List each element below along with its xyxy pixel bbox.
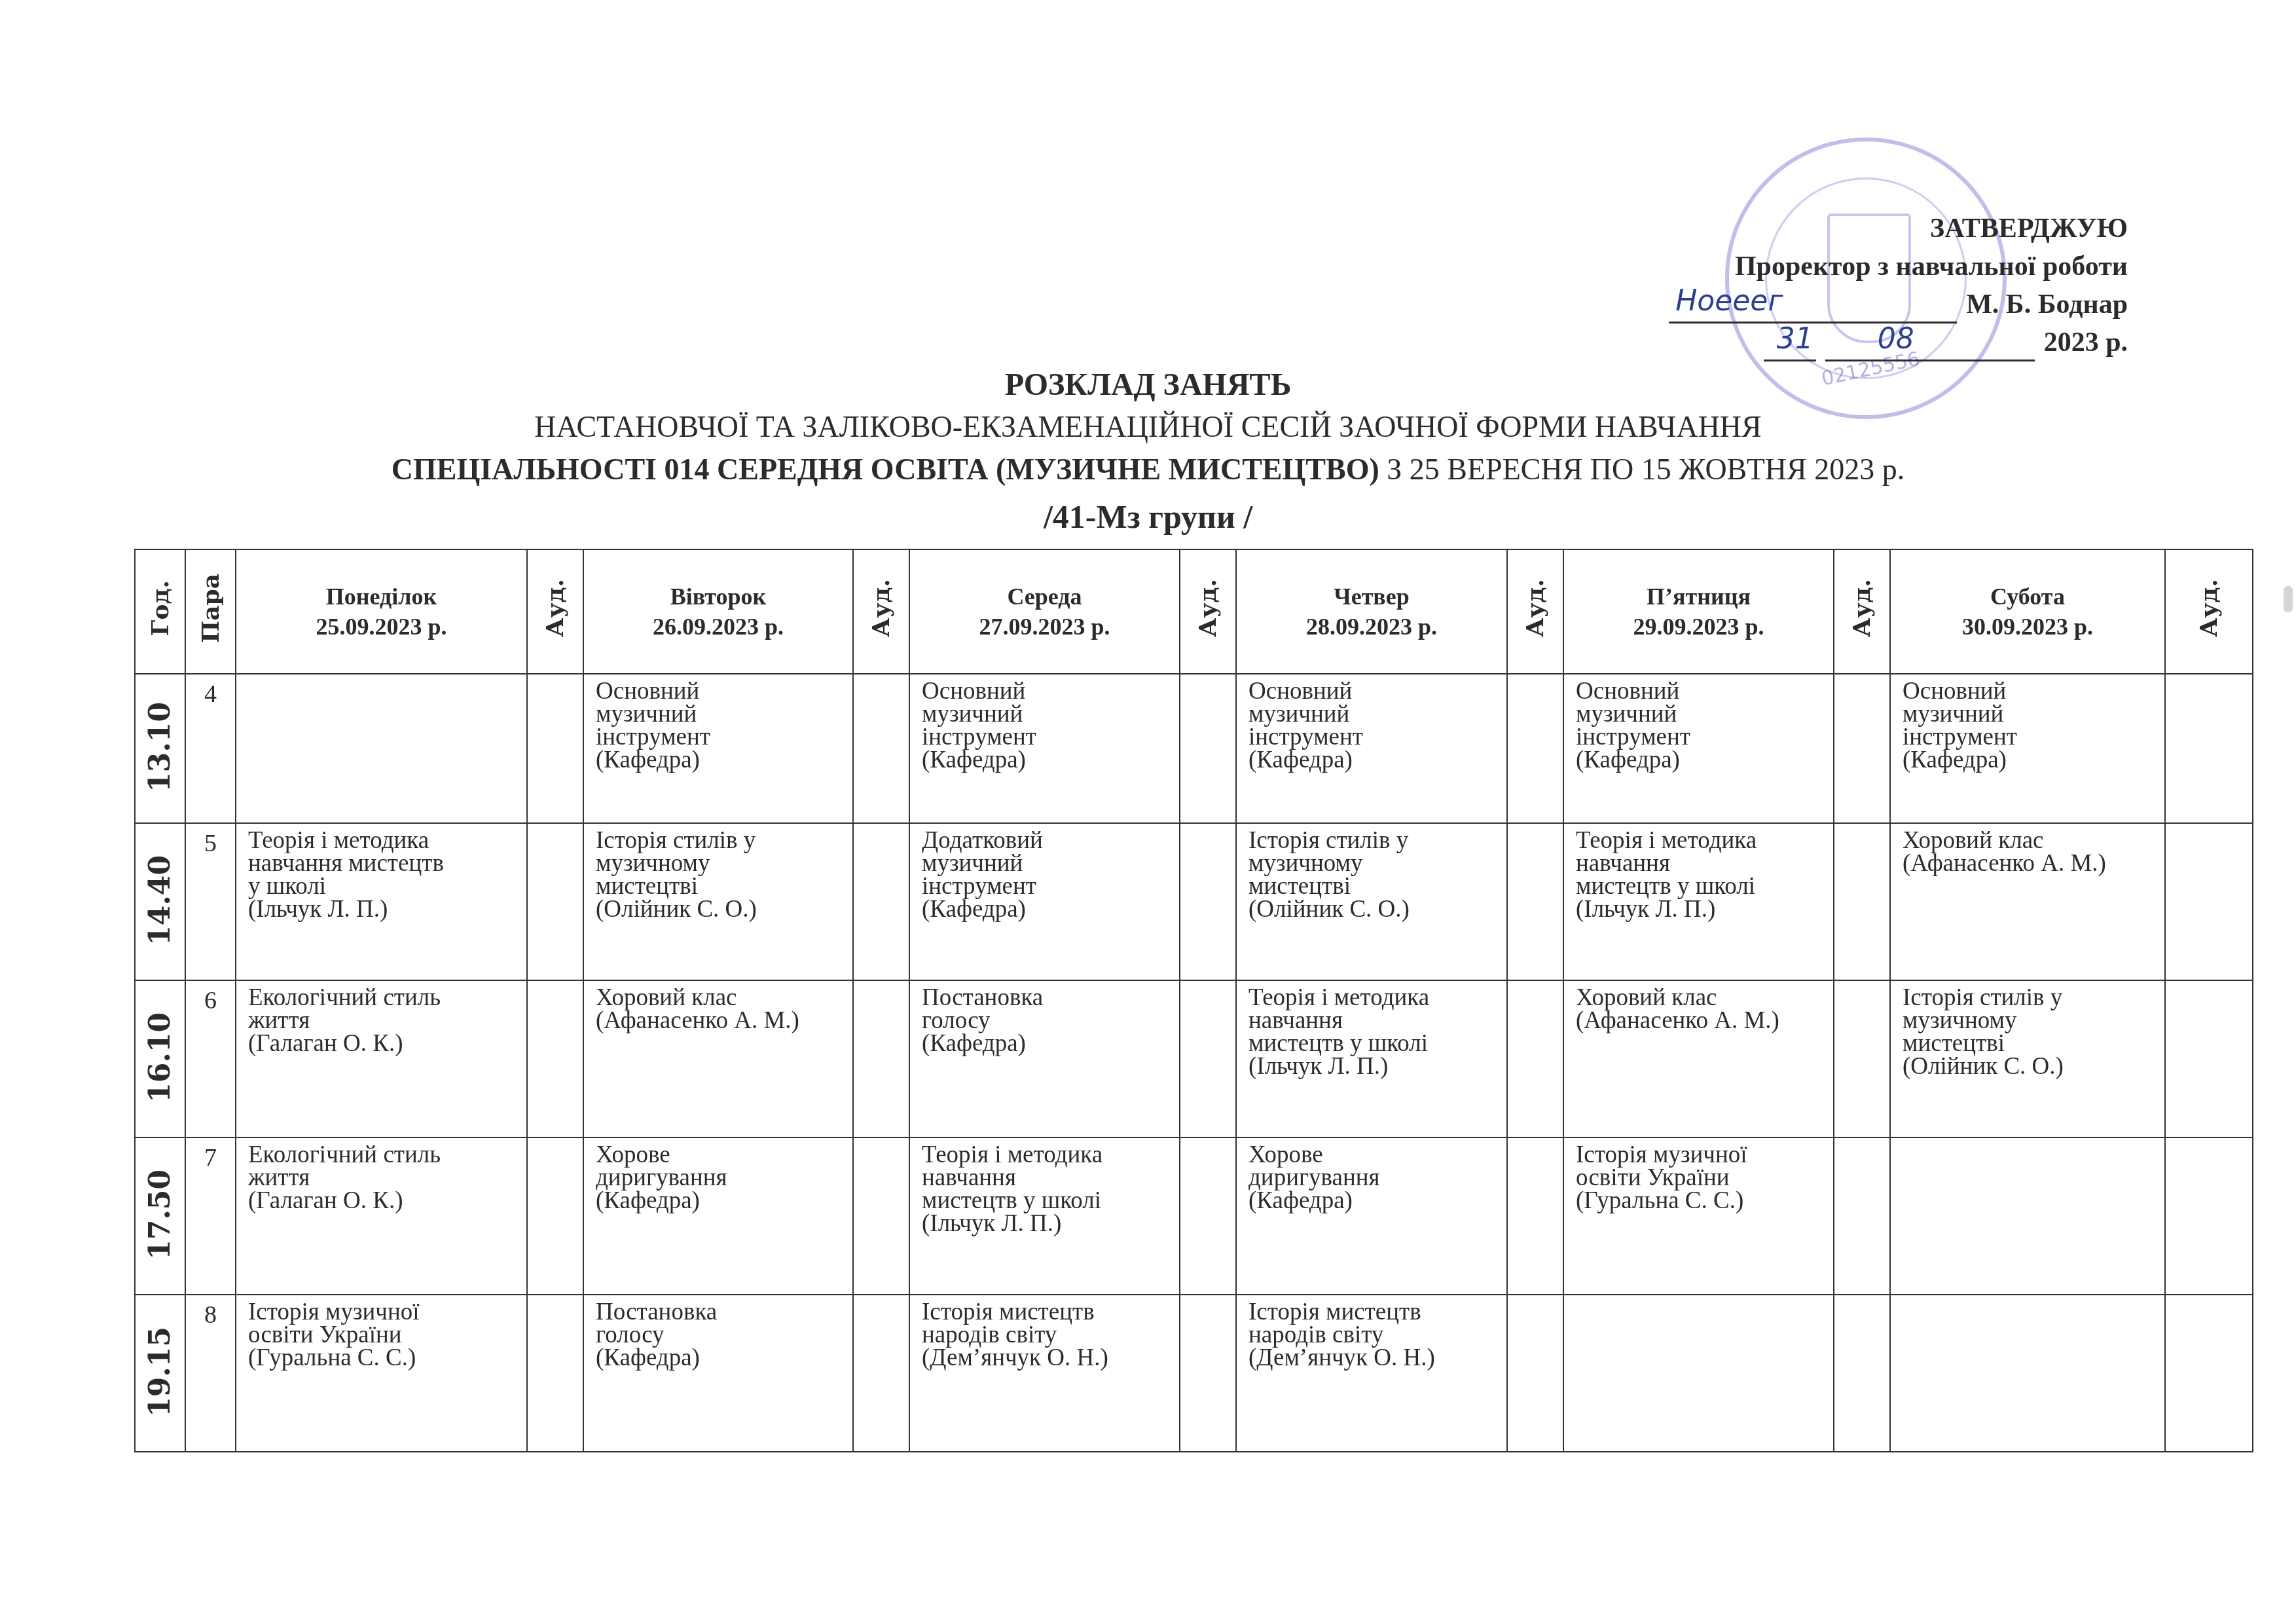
- approval-heading: ЗАТВЕРДЖУЮ: [1630, 210, 2128, 248]
- start-time: 17.50: [143, 1170, 177, 1260]
- lesson-cell: Історія мистецтв народів світу (Дем’янчу…: [909, 1295, 1180, 1452]
- header-time: Год.: [135, 549, 185, 674]
- pair-number: 8: [185, 1295, 236, 1452]
- lesson-cell: Основний музичний інструмент (Кафедра): [1236, 674, 1507, 823]
- header-time-label: Год.: [145, 580, 175, 636]
- header-auditorium-label: Ауд.: [1193, 579, 1223, 637]
- auditorium-cell: [1834, 1295, 1890, 1452]
- schedule-row: 19.158Історія музичної освіти України (Г…: [135, 1295, 2253, 1452]
- auditorium-cell: [2165, 980, 2253, 1137]
- auditorium-cell: [1507, 1137, 1563, 1295]
- auditorium-cell: [1507, 1295, 1563, 1452]
- scan-mark: [2284, 586, 2293, 612]
- day-date: 30.09.2023 р.: [1891, 612, 2164, 642]
- approval-position: Проректор з навчальної роботи: [1630, 248, 2128, 286]
- day-name: Четвер: [1237, 581, 1506, 612]
- auditorium-cell: [527, 1137, 583, 1295]
- day-line: 31: [1764, 331, 1816, 361]
- day-name: Субота: [1891, 581, 2164, 612]
- start-time: 16.10: [143, 1012, 177, 1103]
- lesson-cell: Теорія і методика навчання мистецтв у шк…: [909, 1137, 1180, 1295]
- day-name: П’ятниця: [1564, 581, 1833, 612]
- header-pair: Пара: [185, 549, 236, 674]
- document-title: РОЗКЛАД ЗАНЯТЬ: [0, 367, 2296, 403]
- header-pair-label: Пара: [196, 574, 226, 643]
- day-date: 27.09.2023 р.: [910, 612, 1179, 642]
- header-auditorium: Ауд.: [1180, 549, 1236, 674]
- header-day: П’ятниця29.09.2023 р.: [1563, 549, 1834, 674]
- lesson-cell: Теорія і методика навчання мистецтв у шк…: [236, 823, 527, 980]
- header-auditorium-label: Ауд.: [1847, 579, 1877, 637]
- auditorium-cell: [2165, 1137, 2253, 1295]
- time-cell: 17.50: [135, 1137, 185, 1295]
- auditorium-cell: [853, 823, 909, 980]
- schedule-row: 16.106Екологічний стиль життя (Галаган О…: [135, 980, 2253, 1137]
- auditorium-cell: [2165, 674, 2253, 823]
- lesson-cell: Основний музичний інструмент (Кафедра): [1563, 674, 1834, 823]
- schedule-table: Год.ПараПонеділок25.09.2023 р.Ауд.Вівтор…: [134, 549, 2253, 1452]
- auditorium-cell: [853, 674, 909, 823]
- header-auditorium: Ауд.: [1834, 549, 1890, 674]
- day-date: 25.09.2023 р.: [236, 612, 526, 642]
- header-auditorium-label: Ауд.: [1520, 579, 1550, 637]
- time-cell: 19.15: [135, 1295, 185, 1452]
- auditorium-cell: [1507, 674, 1563, 823]
- start-time: 14.40: [143, 855, 177, 946]
- header-day: Субота30.09.2023 р.: [1890, 549, 2165, 674]
- day-date: 28.09.2023 р.: [1237, 612, 1506, 642]
- auditorium-cell: [1834, 1137, 1890, 1295]
- lesson-cell: Екологічний стиль життя (Галаган О. К.): [236, 980, 527, 1137]
- header-auditorium: Ауд.: [2165, 549, 2253, 674]
- auditorium-cell: [1180, 823, 1236, 980]
- auditorium-cell: [1180, 674, 1236, 823]
- lesson-cell: Хоровий клас (Афанасенко А. М.): [1563, 980, 1834, 1137]
- lesson-cell: Історія мистецтв народів світу (Дем’янчу…: [1236, 1295, 1507, 1452]
- schedule-row: 14.405Теорія і методика навчання мистецт…: [135, 823, 2253, 980]
- auditorium-cell: [2165, 823, 2253, 980]
- auditorium-cell: [1834, 674, 1890, 823]
- signature-row: Ноееег М. Б. Боднар: [1630, 286, 2128, 323]
- auditorium-cell: [853, 1295, 909, 1452]
- auditorium-cell: [853, 980, 909, 1137]
- header-auditorium: Ауд.: [1507, 549, 1563, 674]
- approval-year: 2023 р.: [2044, 323, 2128, 361]
- auditorium-cell: [1507, 823, 1563, 980]
- signature: Ноееег: [1675, 282, 1783, 320]
- lesson-cell: Історія музичної освіти України (Гуральн…: [236, 1295, 527, 1452]
- header-day: Середа27.09.2023 р.: [909, 549, 1180, 674]
- time-cell: 14.40: [135, 823, 185, 980]
- day-name: Середа: [910, 581, 1179, 612]
- document-specialty: СПЕЦІАЛЬНОСТІ 014 СЕРЕДНЯ ОСВІТА (МУЗИЧН…: [0, 452, 2296, 487]
- start-time: 13.10: [143, 702, 177, 792]
- auditorium-cell: [527, 1295, 583, 1452]
- header-auditorium: Ауд.: [853, 549, 909, 674]
- lesson-cell: Основний музичний інструмент (Кафедра): [583, 674, 853, 823]
- auditorium-cell: [853, 1137, 909, 1295]
- header-day: Вівторок26.09.2023 р.: [583, 549, 853, 674]
- date-row: 31 08 2023 р.: [1630, 323, 2128, 361]
- month-line: 08: [1825, 331, 2035, 361]
- lesson-cell: Теорія і методика навчання мистецтв у шк…: [1563, 823, 1834, 980]
- lesson-cell: Основний музичний інструмент (Кафедра): [1890, 674, 2165, 823]
- pair-number: 7: [185, 1137, 236, 1295]
- header-auditorium-label: Ауд.: [866, 579, 896, 637]
- lesson-cell: [1563, 1295, 1834, 1452]
- schedule-row: 17.507Екологічний стиль життя (Галаган О…: [135, 1137, 2253, 1295]
- auditorium-cell: [1180, 1137, 1236, 1295]
- lesson-cell: [236, 674, 527, 823]
- specialty-name: СПЕЦІАЛЬНОСТІ 014 СЕРЕДНЯ ОСВІТА (МУЗИЧН…: [392, 452, 1379, 486]
- lesson-cell: [1890, 1295, 2165, 1452]
- auditorium-cell: [527, 674, 583, 823]
- session-dates: З 25 ВЕРЕСНЯ ПО 15 ЖОВТНЯ 2023 р.: [1379, 452, 1904, 486]
- auditorium-cell: [1834, 823, 1890, 980]
- header-auditorium-label: Ауд.: [540, 579, 570, 637]
- lesson-cell: Історія музичної освіти України (Гуральн…: [1563, 1137, 1834, 1295]
- lesson-cell: Історія стилів у музичному мистецтві (Ол…: [1236, 823, 1507, 980]
- auditorium-cell: [1834, 980, 1890, 1137]
- pair-number: 5: [185, 823, 236, 980]
- lesson-cell: Теорія і методика навчання мистецтв у шк…: [1236, 980, 1507, 1137]
- lesson-cell: Хоровий клас (Афанасенко А. М.): [1890, 823, 2165, 980]
- header-auditorium-label: Ауд.: [2194, 579, 2224, 637]
- day-name: Вівторок: [584, 581, 852, 612]
- lesson-cell: Основний музичний інструмент (Кафедра): [909, 674, 1180, 823]
- lesson-cell: Історія стилів у музичному мистецтві (Ол…: [1890, 980, 2165, 1137]
- header-day: Четвер28.09.2023 р.: [1236, 549, 1507, 674]
- auditorium-cell: [2165, 1295, 2253, 1452]
- auditorium-cell: [1507, 980, 1563, 1137]
- lesson-cell: Постановка голосу (Кафедра): [583, 1295, 853, 1452]
- header-day: Понеділок25.09.2023 р.: [236, 549, 527, 674]
- header-row: Год.ПараПонеділок25.09.2023 р.Ауд.Вівтор…: [135, 549, 2253, 674]
- auditorium-cell: [1180, 1295, 1236, 1452]
- lesson-cell: Додатковий музичний інструмент (Кафедра): [909, 823, 1180, 980]
- header-auditorium: Ауд.: [527, 549, 583, 674]
- lesson-cell: Хорове диригування (Кафедра): [1236, 1137, 1507, 1295]
- auditorium-cell: [527, 980, 583, 1137]
- lesson-cell: Хоровий клас (Афанасенко А. М.): [583, 980, 853, 1137]
- approval-day: 31: [1777, 320, 1813, 358]
- lesson-cell: Хорове диригування (Кафедра): [583, 1137, 853, 1295]
- signature-line: Ноееег: [1669, 293, 1957, 323]
- document-subtitle: НАСТАНОВЧОЇ ТА ЗАЛІКОВО-ЕКЗАМЕНАЦІЙНОЇ С…: [0, 409, 2296, 444]
- schedule-row: 13.104Основний музичний інструмент (Кафе…: [135, 674, 2253, 823]
- day-date: 26.09.2023 р.: [584, 612, 852, 642]
- time-cell: 13.10: [135, 674, 185, 823]
- day-name: Понеділок: [236, 581, 526, 612]
- group-label: /41-Мз групи /: [0, 498, 2296, 536]
- lesson-cell: Екологічний стиль життя (Галаган О. К.): [236, 1137, 527, 1295]
- time-cell: 16.10: [135, 980, 185, 1137]
- auditorium-cell: [527, 823, 583, 980]
- lesson-cell: Історія стилів у музичному мистецтві (Ол…: [583, 823, 853, 980]
- approval-block: ЗАТВЕРДЖУЮ Проректор з навчальної роботи…: [1630, 210, 2128, 361]
- auditorium-cell: [1180, 980, 1236, 1137]
- lesson-cell: Постановка голосу (Кафедра): [909, 980, 1180, 1137]
- lesson-cell: [1890, 1137, 2165, 1295]
- approver-name: М. Б. Боднар: [1966, 286, 2128, 323]
- approval-month: 08: [1878, 320, 1914, 358]
- pair-number: 6: [185, 980, 236, 1137]
- start-time: 19.15: [143, 1327, 177, 1417]
- day-date: 29.09.2023 р.: [1564, 612, 1833, 642]
- pair-number: 4: [185, 674, 236, 823]
